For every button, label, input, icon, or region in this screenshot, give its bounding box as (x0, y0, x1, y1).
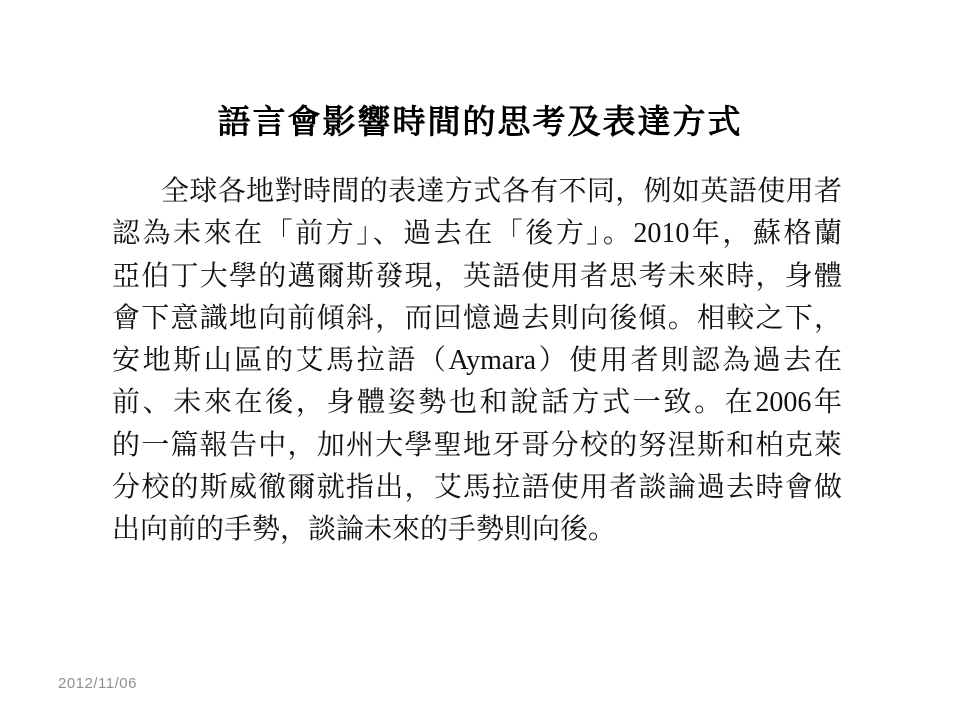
body-line: 會下意識地向前傾斜，而回憶過去則向後傾。相較之下， (112, 298, 842, 340)
presentation-slide: 語言會影響時間的思考及表達方式 全球各地對時間的表達方式各有不同，例如英語使用者… (0, 0, 960, 720)
body-line: 的一篇報告中，加州大學聖地牙哥分校的努涅斯和柏克萊 (112, 425, 842, 467)
body-line: 全球各地對時間的表達方式各有不同，例如英語使用者 (112, 171, 842, 213)
body-line: 安地斯山區的艾馬拉語（Aymara）使用者則認為過去在 (112, 340, 842, 382)
body-line: 分校的斯威徹爾就指出，艾馬拉語使用者談論過去時會做 (112, 467, 842, 509)
slide-title: 語言會影響時間的思考及表達方式 (0, 96, 960, 143)
body-line: 出向前的手勢，談論未來的手勢則向後。 (112, 509, 842, 551)
body-line: 前、未來在後，身體姿勢也和說話方式一致。在2006年 (112, 382, 842, 424)
slide-body-paragraph: 全球各地對時間的表達方式各有不同，例如英語使用者 認為未來在「前方」、過去在「後… (112, 171, 842, 552)
body-line: 認為未來在「前方」、過去在「後方」。2010年，蘇格蘭 (112, 213, 842, 255)
slide-date: 2012/11/06 (58, 675, 137, 692)
body-line: 亞伯丁大學的邁爾斯發現，英語使用者思考未來時，身體 (112, 256, 842, 298)
